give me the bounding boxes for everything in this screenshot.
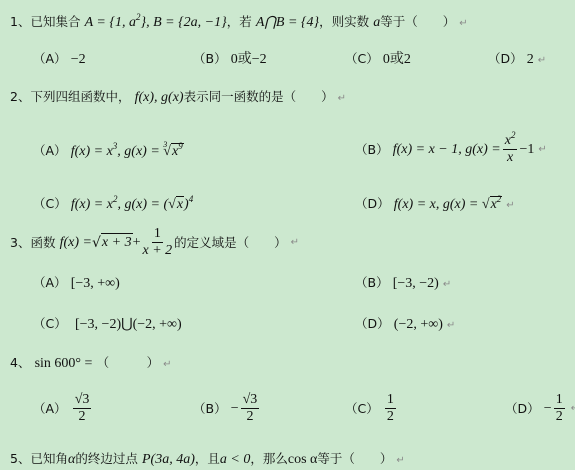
set-b: , B = {2a, −1} — [146, 15, 227, 30]
q3-option-b[interactable]: （B） [−3, −2)↵ — [355, 274, 451, 294]
return-mark-icon: ↵ — [443, 279, 451, 290]
q3-option-a[interactable]: （A） [−3, +∞) — [33, 274, 120, 293]
stem-text: ，那么 — [250, 451, 288, 466]
cos-expr: cos α — [288, 452, 318, 467]
stem-text: 表示同一函数的是（ ） — [184, 89, 334, 104]
q2-option-c[interactable]: （C） f(x) = x2, g(x) = (√x)4 — [33, 195, 193, 214]
return-mark-icon: ↵ — [459, 18, 467, 29]
question-1-stem: 1、已知集合 A = {1, a2}, B = {2a, −1}，若 A⋂B =… — [10, 13, 468, 33]
q2-option-b[interactable]: （B） f(x) = x − 1, g(x) = x2x −1↵ — [355, 133, 547, 166]
question-number: 5、 — [10, 451, 30, 466]
stem-text: （ ） — [97, 355, 160, 370]
return-mark-icon: ↵ — [338, 93, 346, 104]
stem-text: 等于（ ） — [317, 451, 392, 466]
set-a: A = {1, a2} — [85, 15, 146, 30]
stem-text: 等于（ ） — [380, 14, 455, 29]
q2-option-d[interactable]: （D） f(x) = x, g(x) = √x2↵ — [355, 195, 515, 215]
question-4-stem: 4、 sin 600° = （ ）↵ — [10, 354, 171, 374]
question-number: 3、 — [10, 234, 30, 252]
q4-option-b[interactable]: （B） −√32 — [193, 392, 261, 425]
q4-option-a[interactable]: （A） √32 — [33, 392, 93, 425]
condition: a < 0 — [220, 452, 250, 467]
return-mark-icon: ↵ — [506, 200, 514, 211]
return-mark-icon: ↵ — [163, 359, 171, 370]
return-mark-icon: ↵ — [447, 320, 455, 331]
q2-option-a[interactable]: （A） f(x) = x3, g(x) = 3√x9 — [33, 142, 184, 161]
q3-option-c[interactable]: （C） [−3, −2)⋃(−2, +∞) — [33, 315, 182, 334]
sin-expr: sin 600° = — [35, 356, 93, 371]
stem-text: ，则实数 — [319, 14, 369, 29]
stem-text: 已知集合 — [30, 14, 80, 29]
point-p: P(3a, 4a) — [142, 452, 195, 467]
question-2-stem: 2、下列四组函数中， f(x), g(x)表示同一函数的是（ ）↵ — [10, 88, 346, 108]
q1-option-a[interactable]: （A） −2 — [33, 50, 86, 69]
stem-text: 下列四组函数中， — [30, 89, 130, 104]
q1-option-d[interactable]: （D） 2↵ — [488, 50, 546, 70]
stem-text: ，且 — [195, 451, 220, 466]
q4-option-d[interactable]: （D） −12↵ — [505, 392, 575, 425]
function-pair: f(x), g(x) — [135, 90, 184, 105]
question-number: 2、 — [10, 89, 30, 104]
stem-text: 的定义域是（ ） — [174, 234, 287, 252]
return-mark-icon: ↵ — [396, 455, 404, 466]
question-number: 4、 — [10, 355, 30, 370]
stem-text: 函数 — [30, 234, 55, 252]
q1-option-c[interactable]: （C） 0或2 — [345, 50, 411, 69]
return-mark-icon: ↵ — [538, 55, 546, 66]
return-mark-icon: ↵ — [571, 400, 575, 418]
question-3-stem: 3、函数 f(x) = √x + 3 + 1x + 2 的定义域是（ ）↵ — [10, 226, 299, 259]
stem-text: 的终边过点 — [75, 451, 138, 466]
stem-text: 已知角 — [30, 451, 68, 466]
return-mark-icon: ↵ — [291, 234, 299, 252]
q3-option-d[interactable]: （D） (−2, +∞)↵ — [355, 315, 455, 335]
stem-text: ，若 — [227, 14, 252, 29]
return-mark-icon: ↵ — [538, 141, 546, 159]
question-5-stem: 5、已知角α的终边过点 P(3a, 4a)，且a < 0，那么cos α等于（ … — [10, 450, 405, 470]
q4-option-c[interactable]: （C） 12 — [345, 392, 398, 425]
question-number: 1、 — [10, 14, 30, 29]
intersection-expr: A⋂B = {4} — [256, 15, 319, 30]
q1-option-b[interactable]: （B） 0或−2 — [193, 50, 267, 69]
